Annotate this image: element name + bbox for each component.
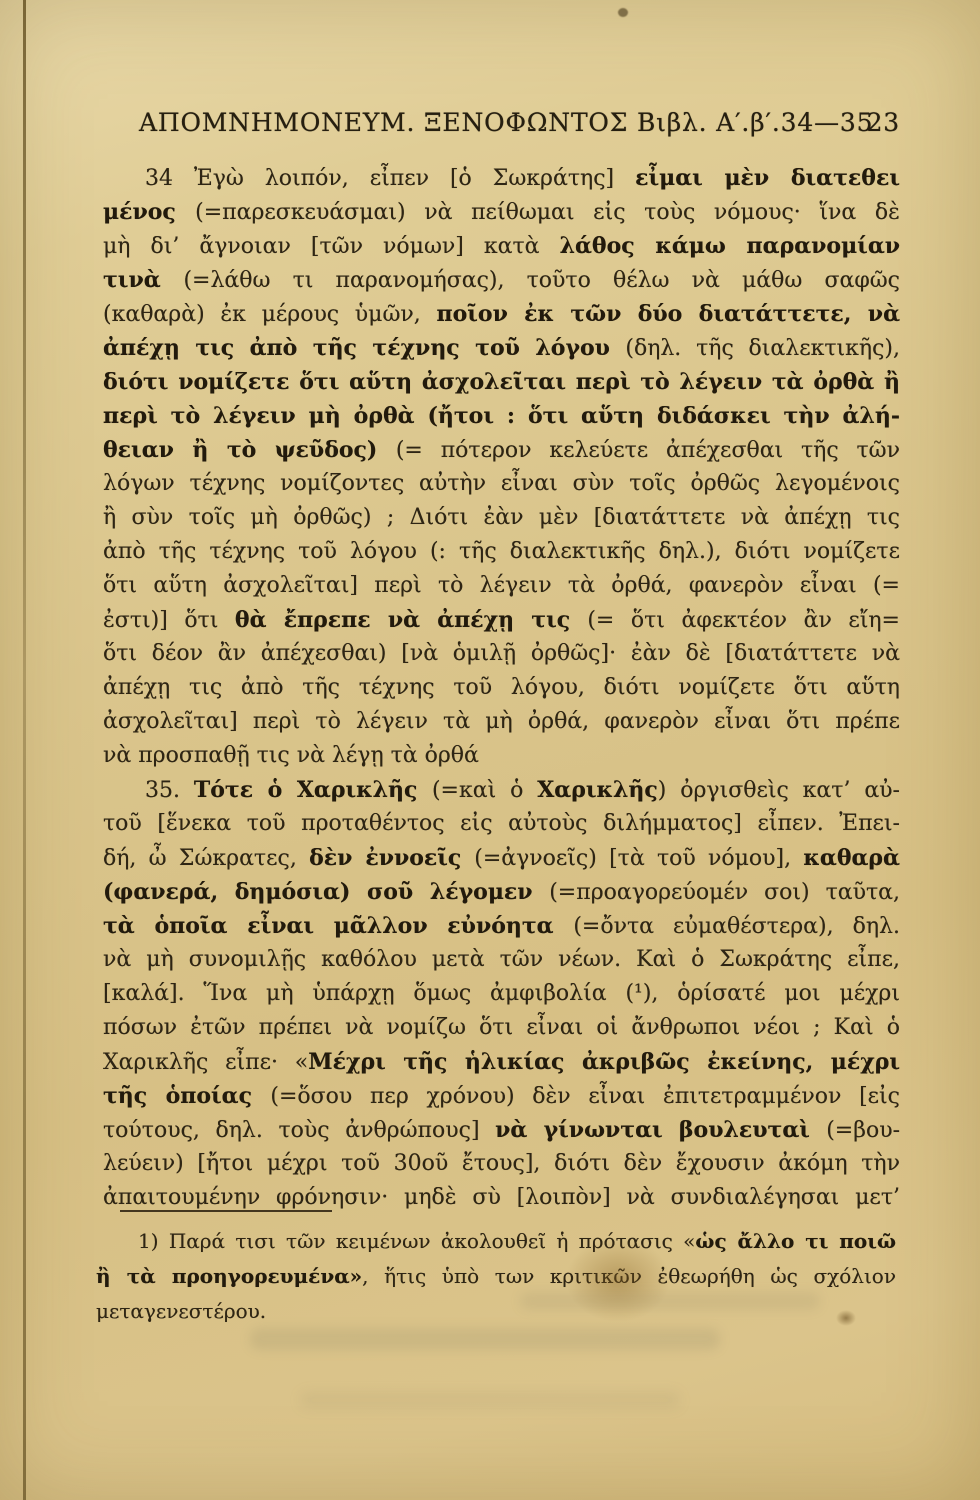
text-line: τινὰ (=λάθω τι παρανομήσας), τοῦτο θέλω … bbox=[103, 263, 900, 297]
page-header: ΑΠΟΜΝΗΜΟΝΕΥΜ. ΞΕΝΟΦΩΝΤΟΣ Βιβλ. Α′.β′.34—… bbox=[103, 108, 900, 144]
text-line: νὰ μὴ συνομιλῇς καθόλου μετὰ τῶν νέων. Κ… bbox=[103, 943, 900, 977]
text-line: ἀσχολεῖται] περὶ τὸ λέγειν τὰ μὴ ὀρθά, φ… bbox=[103, 705, 900, 739]
plain-text: [καλά]. Ἵνα μὴ ὑπάρχῃ ὅμως ἀμφιβολία (¹)… bbox=[103, 981, 900, 1006]
emphasized-text: Χαρικλῆς bbox=[537, 777, 658, 803]
text-line: θειαν ἢ τὸ ψεῦδος) (= πότερον κελεύετε ἀ… bbox=[103, 433, 900, 467]
page-number: 23 bbox=[867, 108, 900, 137]
footnote-rule bbox=[120, 1210, 332, 1212]
emphasized-text: περὶ τὸ λέγειν μὴ ὀρθὰ (ἤτοι : ὅτι αὕτη … bbox=[103, 403, 900, 429]
text-line: τῆς ὁποίας (=ὅσου περ χρόνου) δὲν εἶναι … bbox=[103, 1079, 900, 1113]
running-title: ΑΠΟΜΝΗΜΟΝΕΥΜ. ΞΕΝΟΦΩΝΤΟΣ Βιβλ. Α′.β′.34—… bbox=[139, 108, 873, 137]
ink-showthrough bbox=[250, 1328, 720, 1350]
ink-showthrough bbox=[300, 1392, 680, 1408]
text-line: λεύειν) [ἤτοι μέχρι τοῦ 30οῦ ἔτους], διό… bbox=[103, 1147, 900, 1181]
plain-text: νὰ μὴ συνομιλῇς καθόλου μετὰ τῶν νέων. Κ… bbox=[103, 947, 900, 972]
emphasized-text: ὡς ἄλλο τι ποιῶ bbox=[695, 1229, 896, 1253]
emphasized-text: θὰ ἔπρεπε νὰ ἀπέχῃ τις bbox=[235, 607, 587, 633]
text-line: [καλά]. Ἵνα μὴ ὑπάρχῃ ὅμως ἀμφιβολία (¹)… bbox=[103, 977, 900, 1011]
binding-crease-line bbox=[23, 0, 26, 1500]
text-line: μεταγενεστέρου. bbox=[96, 1294, 896, 1329]
emphasized-text: Μέχρι τῆς ἡλικίας ἀκριβῶς ἐκείνης, μέχρι bbox=[308, 1049, 900, 1075]
text-line: 35. Τότε ὁ Χαρικλῆς (=καὶ ὁ Χαρικλῆς) ὀρ… bbox=[103, 773, 900, 807]
plain-text: (=προαγορεύομέν σοι) ταῦτα, bbox=[549, 880, 900, 905]
plain-text: μεταγενεστέρου. bbox=[96, 1299, 266, 1323]
emphasized-text: λάθος κάμω παρανομίαν bbox=[560, 233, 900, 259]
emphasized-text: ἢ τὰ προηγορευμένα» bbox=[96, 1264, 362, 1288]
emphasized-text: καθαρὰ bbox=[803, 845, 900, 871]
plain-text: (=καὶ ὁ bbox=[432, 778, 537, 803]
text-line: ἐστι)] ὅτι θὰ ἔπρεπε νὰ ἀπέχῃ τις (= ὅτι… bbox=[103, 603, 900, 637]
plain-text: λόγων τέχνης νομίζοντες αὐτὴν εἶναι σὺν … bbox=[103, 471, 900, 496]
plain-text: τοῦ [ἕνεκα τοῦ προταθέντος εἰς αὐτοὺς δι… bbox=[103, 811, 900, 836]
plain-text: Χαρικλῆς εἶπε· « bbox=[103, 1050, 308, 1075]
text-line: ὅτι δέον ἂν ἀπέχεσθαι) [νὰ ὁμιλῇ ὀρθῶς]·… bbox=[103, 637, 900, 671]
plain-text: μὴ δι’ ἄγνοιαν [τῶν νόμων] κατὰ bbox=[103, 234, 560, 259]
text-line: ἢ σὺν τοῖς μὴ ὀρθῶς) ; Διότι ἐὰν μὲν [δι… bbox=[103, 501, 900, 535]
text-line: μὴ δι’ ἄγνοιαν [τῶν νόμων] κατὰ λάθος κά… bbox=[103, 229, 900, 263]
text-line: νὰ προσπαθῇ τις νὰ λέγῃ τὰ ὀρθά bbox=[103, 739, 900, 773]
plain-text: (καθαρὰ) ἐκ μέρους ὑμῶν, bbox=[103, 302, 436, 327]
text-line: τούτους, δηλ. τοὺς ἀνθρώπους] νὰ γίνωντα… bbox=[103, 1113, 900, 1147]
text-line: πόσων ἐτῶν πρέπει νὰ νομίζω ὅτι εἶναι οἱ… bbox=[103, 1011, 900, 1045]
plain-text: ἢ σὺν τοῖς μὴ ὀρθῶς) ; Διότι ἐὰν μὲν [δι… bbox=[103, 505, 900, 530]
emphasized-text: νὰ γίνωνται βουλευταὶ bbox=[495, 1117, 826, 1143]
plain-text: (= ὅτι ἀφεκτέον ἂν εἴη= bbox=[587, 608, 900, 633]
page-gutter-shadow bbox=[0, 0, 24, 1500]
plain-text: 1) Παρά τισι τῶν κειμένων ἀκολουθεῖ ἡ πρ… bbox=[138, 1229, 695, 1253]
text-line: ἀπὸ τῆς τέχνης τοῦ λόγου (: τῆς διαλεκτι… bbox=[103, 535, 900, 569]
body-text: 34 Ἐγὼ λοιπόν, εἶπεν [ὁ Σωκράτης] εἶμαι … bbox=[103, 161, 900, 1215]
emphasized-text: ποῖον ἐκ τῶν δύο διατάττετε, νὰ bbox=[436, 301, 900, 327]
text-line: ἢ τὰ προηγορευμένα», ἥτις ὑπὸ των κριτικ… bbox=[96, 1259, 896, 1294]
emphasized-text: ἀπέχῃ τις ἀπὸ τῆς τέχνης τοῦ λόγου bbox=[103, 335, 625, 361]
emphasized-text: διότι νομίζετε ὅτι αὕτη ἀσχολεῖται περὶ … bbox=[103, 369, 900, 395]
plain-text: ἀπαιτουμένην φρόνησιν· μηδὲ σὺ [λοιπὸν] … bbox=[103, 1185, 900, 1210]
text-line: ἀπέχῃ τις ἀπὸ τῆς τέχνης τοῦ λόγου (δηλ.… bbox=[103, 331, 900, 365]
emphasized-text: τὰ ὁποῖα εἶναι μᾶλλον εὐνόητα bbox=[103, 913, 573, 939]
plain-text: (=βου- bbox=[826, 1118, 900, 1143]
text-line: δή, ὦ Σώκρατες, δὲν ἐννοεῖς (=ἀγνοεῖς) [… bbox=[103, 841, 900, 875]
emphasized-text: θειαν ἢ τὸ ψεῦδος) bbox=[103, 437, 396, 463]
plain-text: ἀπὸ τῆς τέχνης τοῦ λόγου (: τῆς διαλεκτι… bbox=[103, 539, 900, 564]
emphasized-text: (φανερά, δημόσια) σοῦ λέγομεν bbox=[103, 879, 549, 905]
emphasized-text: δὲν ἐννοεῖς bbox=[309, 845, 474, 871]
text-line: τὰ ὁποῖα εἶναι μᾶλλον εὐνόητα (=ὄντα εὐμ… bbox=[103, 909, 900, 943]
plain-text: δή, ὦ Σώκρατες, bbox=[103, 846, 309, 871]
text-line: ὅτι αὕτη ἀσχολεῖται] περὶ τὸ λέγειν τὰ ὀ… bbox=[103, 569, 900, 603]
plain-text: πόσων ἐτῶν πρέπει νὰ νομίζω ὅτι εἶναι οἱ… bbox=[103, 1015, 900, 1040]
plain-text: , ἥτις ὑπὸ των κριτικῶν ἐθεωρήθη ὡς σχόλ… bbox=[362, 1264, 896, 1288]
plain-text: ὅτι αὕτη ἀσχολεῖται] περὶ τὸ λέγειν τὰ ὀ… bbox=[103, 573, 900, 598]
paper-speck bbox=[618, 8, 628, 17]
text-line: (φανερά, δημόσια) σοῦ λέγομεν (=προαγορε… bbox=[103, 875, 900, 909]
text-line: (καθαρὰ) ἐκ μέρους ὑμῶν, ποῖον ἐκ τῶν δύ… bbox=[103, 297, 900, 331]
plain-text: (=ὄντα εὐμαθέστερα), δηλ. bbox=[573, 914, 900, 939]
plain-text: ἐστι)] ὅτι bbox=[103, 608, 235, 633]
text-line: διότι νομίζετε ὅτι αὕτη ἀσχολεῖται περὶ … bbox=[103, 365, 900, 399]
text-line: τοῦ [ἕνεκα τοῦ προταθέντος εἰς αὐτοὺς δι… bbox=[103, 807, 900, 841]
text-line: λόγων τέχνης νομίζοντες αὐτὴν εἶναι σὺν … bbox=[103, 467, 900, 501]
emphasized-text: τῆς ὁποίας bbox=[103, 1083, 270, 1109]
plain-text: λεύειν) [ἤτοι μέχρι τοῦ 30οῦ ἔτους], διό… bbox=[103, 1151, 900, 1176]
plain-text: ) ὀργισθεὶς κατ’ αὐ- bbox=[658, 778, 900, 803]
text-line: περὶ τὸ λέγειν μὴ ὀρθὰ (ἤτοι : ὅτι αὕτη … bbox=[103, 399, 900, 433]
plain-text: (=ὅσου περ χρόνου) δὲν εἶναι ἐπιτετραμμέ… bbox=[270, 1084, 900, 1109]
plain-text: νὰ προσπαθῇ τις νὰ λέγῃ τὰ ὀρθά bbox=[103, 743, 479, 768]
plain-text: (=παρεσκευάσμαι) νὰ πείθωμαι εἰς τοὺς νό… bbox=[195, 200, 900, 225]
emphasized-text: εἶμαι μὲν διατεθει bbox=[635, 165, 900, 191]
plain-text: 34 Ἐγὼ λοιπόν, εἶπεν [ὁ Σωκράτης] bbox=[145, 166, 635, 191]
emphasized-text: μένος bbox=[103, 199, 195, 225]
scanned-book-page: ΑΠΟΜΝΗΜΟΝΕΥΜ. ΞΕΝΟΦΩΝΤΟΣ Βιβλ. Α′.β′.34—… bbox=[0, 0, 980, 1500]
text-line: μένος (=παρεσκευάσμαι) νὰ πείθωμαι εἰς τ… bbox=[103, 195, 900, 229]
plain-text: ἀπέχῃ τις ἀπὸ τῆς τέχνης τοῦ λόγου, διότ… bbox=[103, 675, 900, 700]
emphasized-text: Τότε ὁ Χαρικλῆς bbox=[194, 777, 432, 803]
plain-text: (=ἀγνοεῖς) [τὰ τοῦ νόμου], bbox=[474, 846, 803, 871]
plain-text: 35. bbox=[145, 778, 194, 803]
footnote: 1) Παρά τισι τῶν κειμένων ἀκολουθεῖ ἡ πρ… bbox=[96, 1224, 896, 1329]
text-line: Χαρικλῆς εἶπε· «Μέχρι τῆς ἡλικίας ἀκριβῶ… bbox=[103, 1045, 900, 1079]
plain-text: (=λάθω τι παρανομήσας), τοῦτο θέλω νὰ μά… bbox=[183, 268, 900, 293]
plain-text: (δηλ. τῆς διαλεκτικῆς), bbox=[625, 336, 900, 361]
plain-text: ὅτι δέον ἂν ἀπέχεσθαι) [νὰ ὁμιλῇ ὀρθῶς]·… bbox=[103, 641, 900, 666]
plain-text: (= πότερον κελεύετε ἀπέχεσθαι τῆς τῶν bbox=[396, 438, 900, 463]
plain-text: ἀσχολεῖται] περὶ τὸ λέγειν τὰ μὴ ὀρθά, φ… bbox=[103, 709, 900, 734]
text-line: ἀπέχῃ τις ἀπὸ τῆς τέχνης τοῦ λόγου, διότ… bbox=[103, 671, 900, 705]
text-line: 1) Παρά τισι τῶν κειμένων ἀκολουθεῖ ἡ πρ… bbox=[96, 1224, 896, 1259]
text-line: 34 Ἐγὼ λοιπόν, εἶπεν [ὁ Σωκράτης] εἶμαι … bbox=[103, 161, 900, 195]
emphasized-text: τινὰ bbox=[103, 267, 183, 293]
plain-text: τούτους, δηλ. τοὺς ἀνθρώπους] bbox=[103, 1118, 495, 1143]
